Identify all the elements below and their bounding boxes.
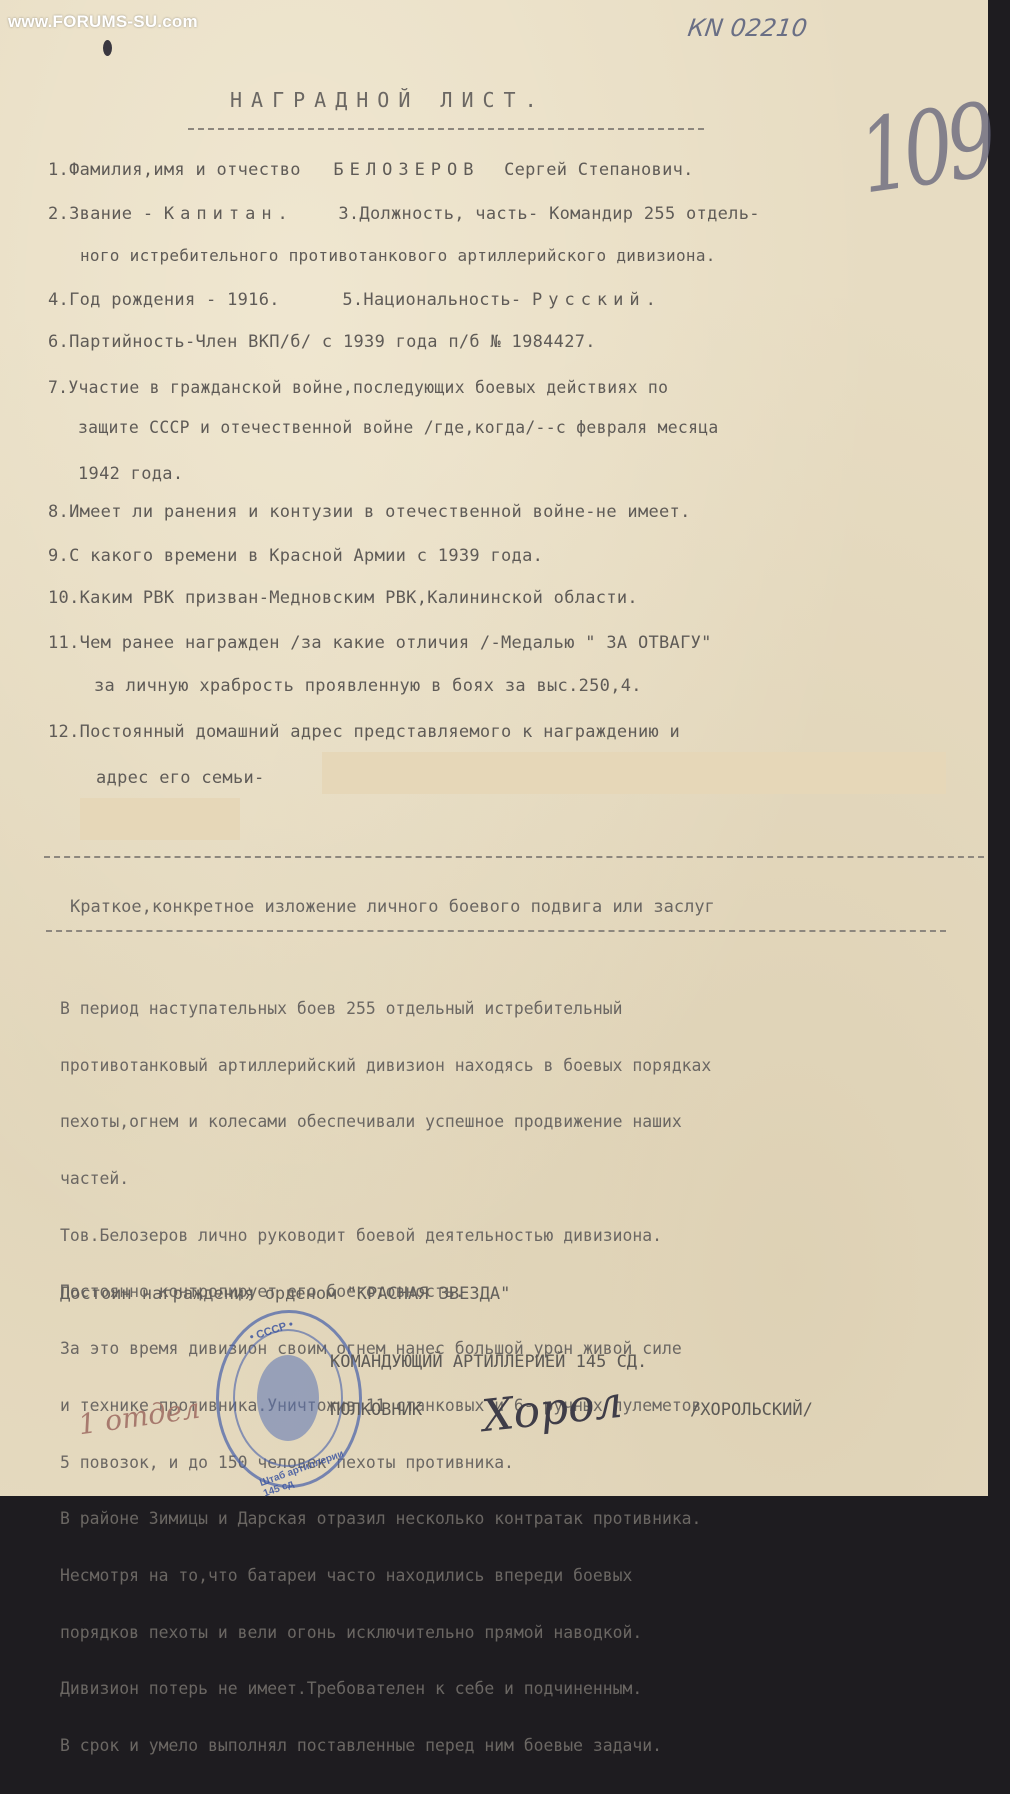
redacted-address-block-1 <box>322 752 946 794</box>
field-4-5-birth-nationality: 4.Год рождения - 1916. 5.Национальность-… <box>48 290 662 310</box>
field-8-wounds: 8.Имеет ли ранения и контузии в отечеств… <box>48 502 691 522</box>
narrative-line: пехоты,огнем и колесами обеспечивали усп… <box>60 1113 980 1132</box>
field-11-previous-awards-line-2: за личную храбрость проявленную в боях з… <box>94 676 642 696</box>
field-11-previous-awards-line-1: 11.Чем ранее награжден /за какие отличия… <box>48 633 712 653</box>
redacted-address-block-2 <box>80 798 240 840</box>
official-seal-stamp: • СССР • Штаб артиллерии 145 сд <box>216 1310 362 1488</box>
field-4-label: 4.Год рождения - <box>48 290 217 310</box>
field-9-service-start: 9.С какого времени в Красной Армии с 193… <box>48 546 543 566</box>
field-3-position-value: Командир 255 отдель- <box>549 204 760 224</box>
field-12-family-address-label: адрес его семьи- <box>96 768 265 788</box>
field-4-birth-year: 1916. <box>227 290 280 310</box>
award-recommendation: Достоин награждения орденом "КРАСНАЯ ЗВЕ… <box>60 1284 510 1304</box>
archive-number: КN 02210 <box>686 14 809 42</box>
section-divider-bottom <box>46 930 946 932</box>
field-2-label: 2.Звание - <box>48 204 153 224</box>
signatory-rank: ПОЛКОВНИК <box>330 1400 422 1420</box>
narrative-line: 5 повозок, и до 150 человек пехоты проти… <box>60 1454 980 1473</box>
field-2-rank-value: Капитан. <box>164 204 294 224</box>
narrative-line: противотанковый артиллерийский дивизион … <box>60 1057 980 1076</box>
field-1-given-names: Сергей Степанович. <box>504 160 694 180</box>
field-3-label: 3.Должность, часть- <box>338 204 538 224</box>
document-title: НАГРАДНОЙ ЛИСТ. <box>230 88 546 112</box>
stamp-inner-ring <box>233 1329 343 1467</box>
field-1-surname: БЕЛОЗЕРОВ <box>333 160 479 180</box>
narrative-line: частей. <box>60 1170 980 1189</box>
field-7-combat-participation-line-2: защите СССР и отечественной войне /где,к… <box>78 418 719 437</box>
signatory-name: /ХОРОЛЬСКИЙ/ <box>690 1400 813 1420</box>
field-12-home-address-label: 12.Постоянный домашний адрес представляе… <box>48 722 680 742</box>
field-7-combat-participation-line-3: 1942 года. <box>78 464 183 484</box>
field-1-full-name: 1.Фамилия,имя и отчество БЕЛОЗЕРОВ Серге… <box>48 160 694 180</box>
narrative-line: В период наступательных боев 255 отдельн… <box>60 1000 980 1019</box>
title-underline-divider <box>188 128 704 130</box>
field-5-label: 5.Национальность- <box>342 290 521 310</box>
section-divider-top <box>44 856 984 858</box>
commander-title: КОМАНДУЮЩИЙ АРТИЛЛЕРИЕЙ 145 СД. <box>330 1352 647 1372</box>
field-7-combat-participation-line-1: 7.Участие в гражданской войне,последующи… <box>48 378 668 397</box>
coat-of-arms-emblem-icon <box>257 1355 319 1441</box>
narrative-line: Тов.Белозеров лично руководит боевой дея… <box>60 1227 980 1246</box>
field-5-nationality: Русский. <box>532 290 662 310</box>
section-heading-feat-description: Краткое,конкретное изложение личного бое… <box>70 897 715 917</box>
handwritten-page-number: 109 <box>852 83 998 217</box>
award-sheet: www.FORUMS-SU.com КN 02210 НАГРАДНОЙ ЛИС… <box>0 0 988 1496</box>
field-6-party-membership: 6.Партийность-Член ВКП/б/ с 1939 года п/… <box>48 332 596 352</box>
punch-hole-mark <box>103 40 112 56</box>
field-1-label: 1.Фамилия,имя и отчество <box>48 160 301 180</box>
field-2-3-rank-position: 2.Звание - Капитан. 3.Должность, часть- … <box>48 204 760 224</box>
site-watermark: www.FORUMS-SU.com <box>8 12 198 32</box>
field-10-draft-office: 10.Каким РВК призван-Медновским РВК,Кали… <box>48 588 638 608</box>
field-3-position-continued: ного истребительного противотанкового ар… <box>80 246 716 265</box>
